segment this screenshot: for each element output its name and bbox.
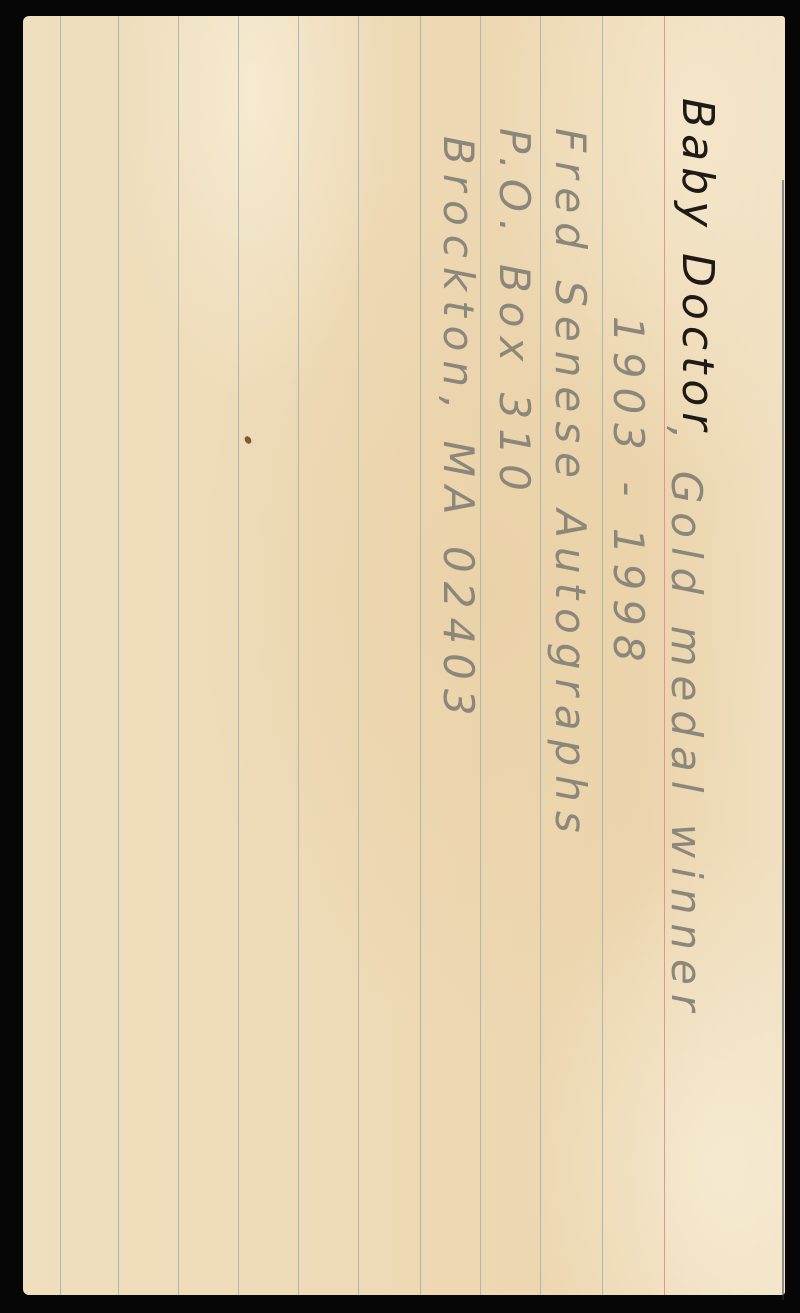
blue-rule-line bbox=[60, 16, 61, 1295]
handwritten-name: Baby Doctor bbox=[672, 98, 723, 436]
blue-rule-line bbox=[602, 16, 603, 1295]
handwritten-address-line-2: P.O. Box 310 bbox=[490, 128, 539, 500]
scanner-edge bbox=[782, 180, 800, 1300]
handwritten-address-line-3: Brockton, MA 02403 bbox=[434, 136, 483, 725]
blue-rule-line bbox=[178, 16, 179, 1295]
handwritten-title: , Gold medal winner bbox=[662, 426, 711, 1020]
blue-rule-line bbox=[540, 16, 541, 1295]
blue-rule-line bbox=[298, 16, 299, 1295]
ink-blot bbox=[243, 435, 253, 445]
blue-rule-line bbox=[238, 16, 239, 1295]
blue-rule-line bbox=[358, 16, 359, 1295]
handwritten-years: 1903 - 1998 bbox=[604, 316, 653, 671]
blue-rule-line bbox=[420, 16, 421, 1295]
blue-rule-line bbox=[118, 16, 119, 1295]
index-card: Baby Doctor , Gold medal winner 1903 - 1… bbox=[23, 16, 785, 1295]
handwritten-address-line-1: Fred Senese Autographs bbox=[546, 128, 595, 842]
